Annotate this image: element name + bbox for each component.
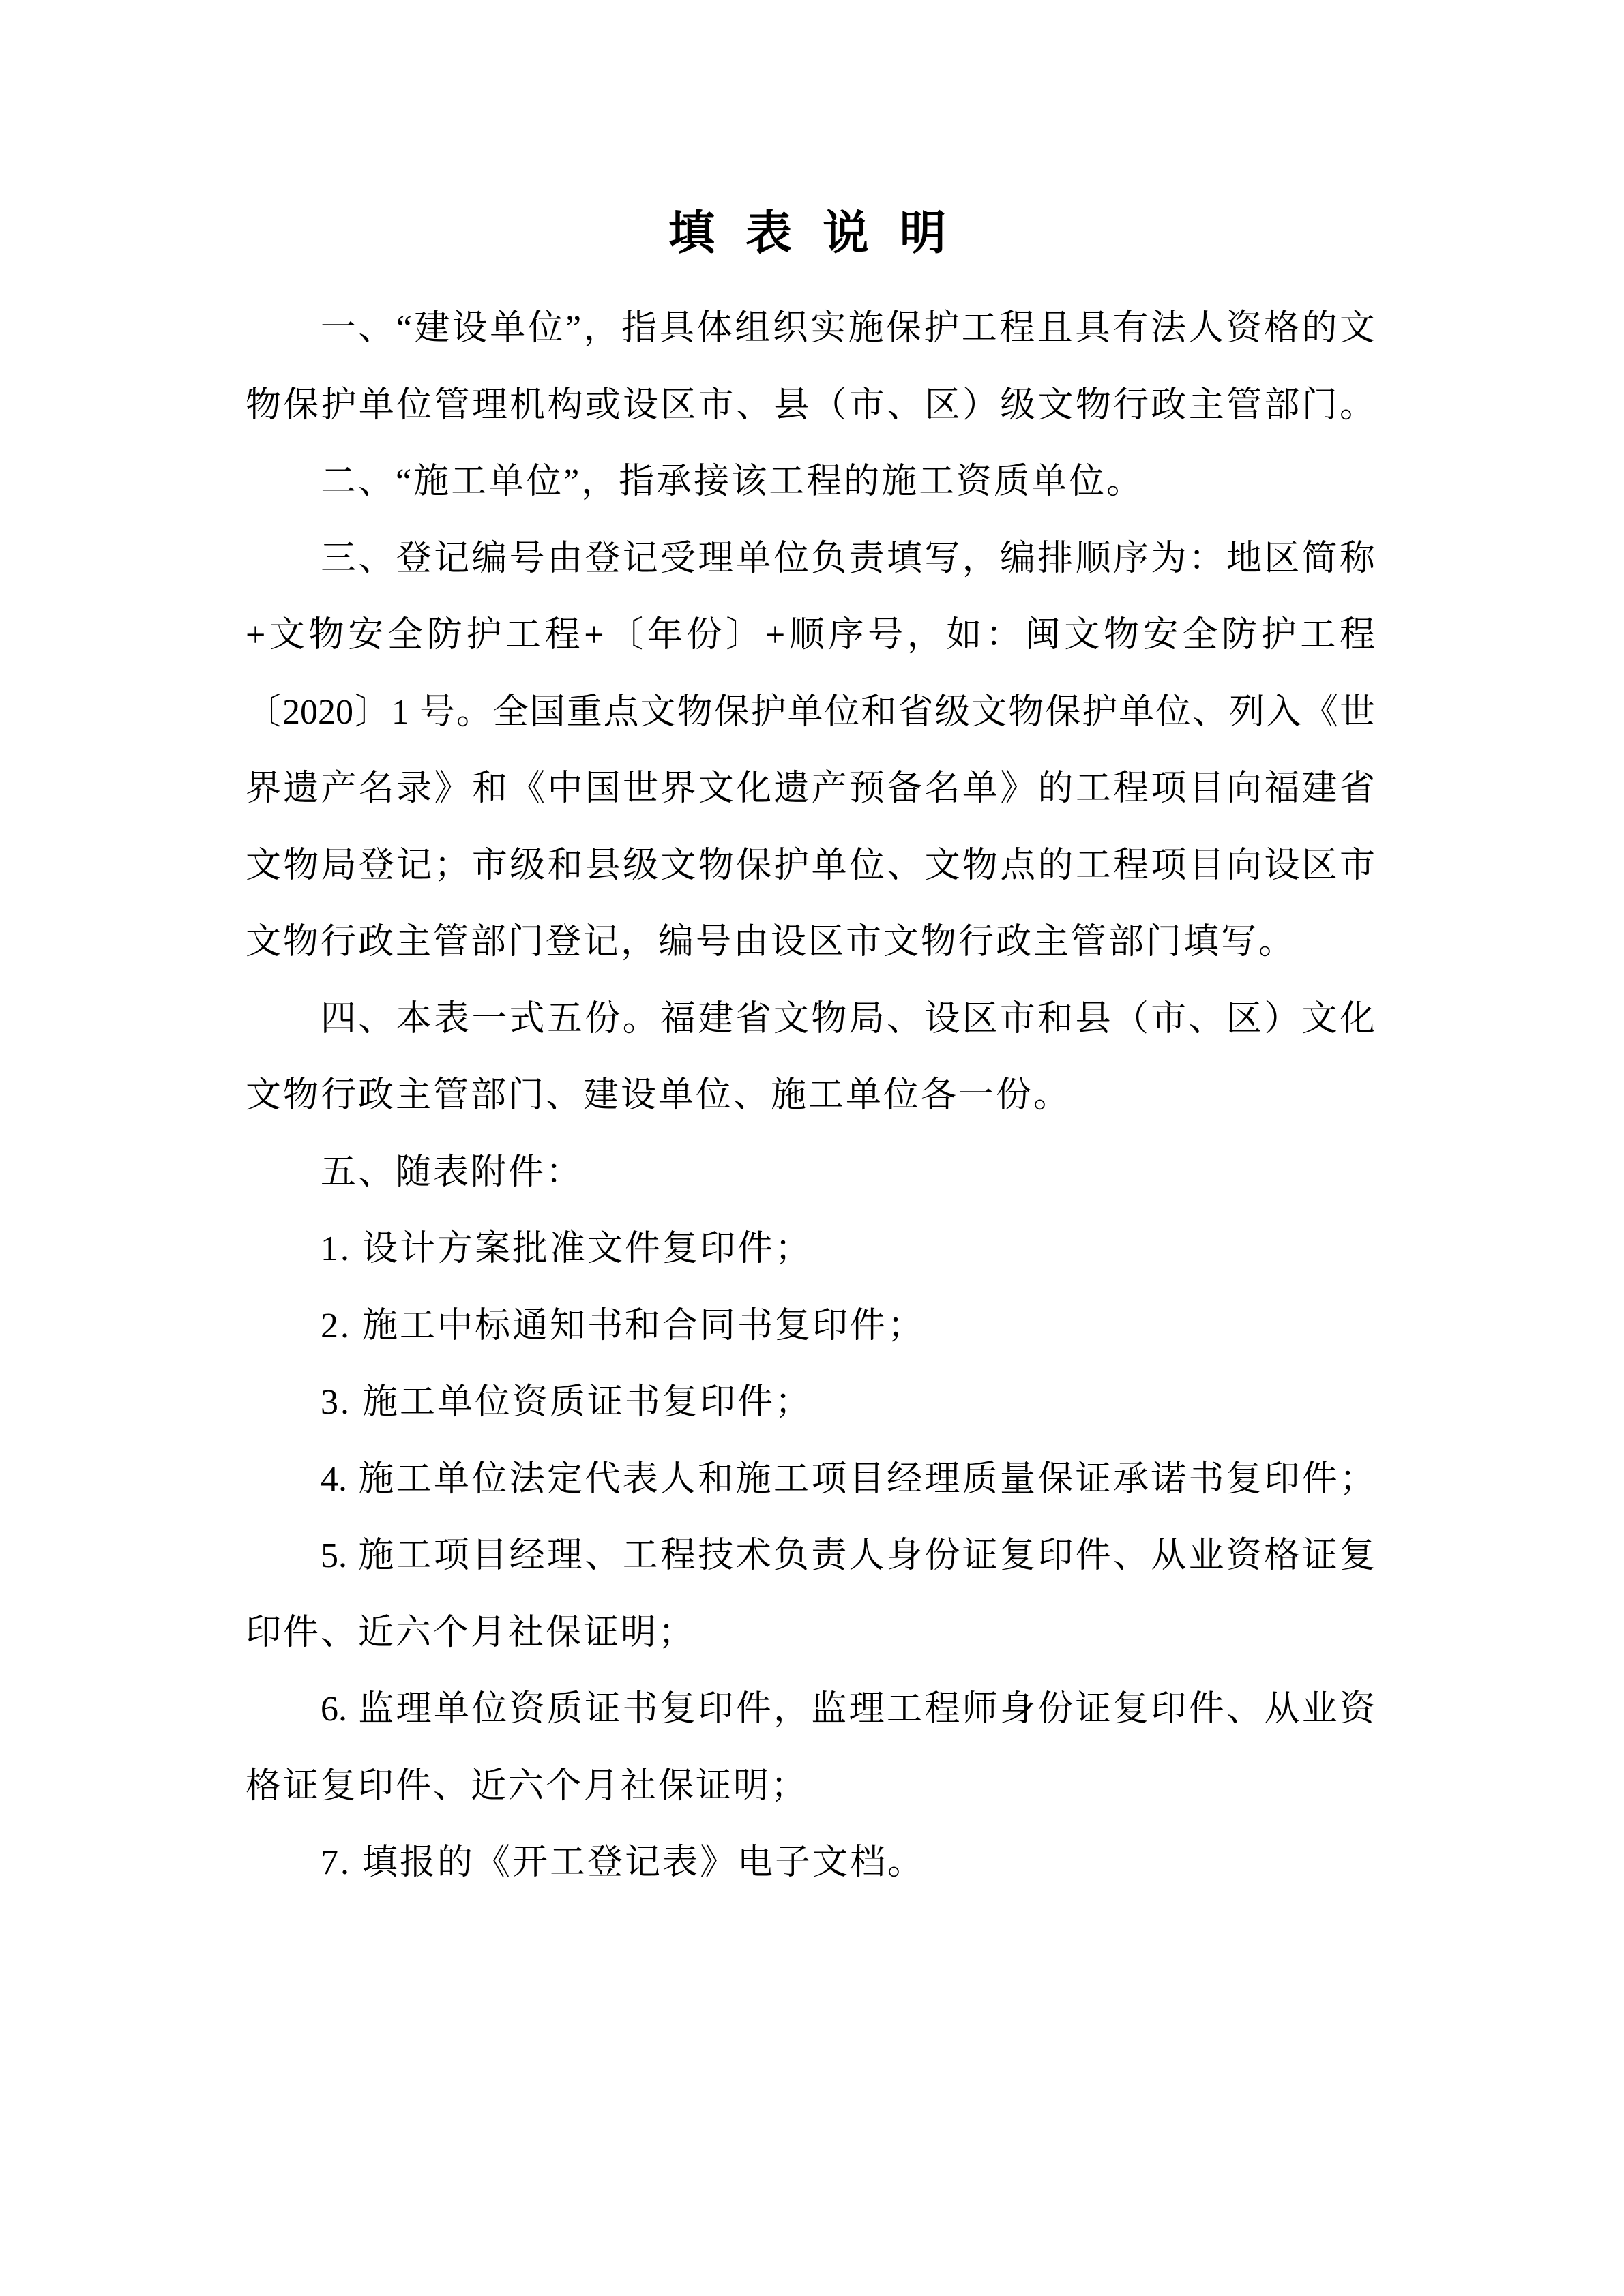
body-line-18: 印件、近六个月社保证明； bbox=[246, 1595, 1375, 1672]
body-line-9: 文物行政主管部门登记，编号由设区市文物行政主管部门填写。 bbox=[246, 904, 1375, 981]
body-line-11: 文物行政主管部门、建设单位、施工单位各一份。 bbox=[246, 1058, 1375, 1135]
body-line-3: 二、“施工单位”，指承接该工程的施工资质单位。 bbox=[246, 444, 1375, 521]
document-title: 填 表 说 明 bbox=[0, 199, 1624, 267]
body-line-2: 物保护单位管理机构或设区市、县（市、区）级文物行政主管部门。 bbox=[246, 368, 1375, 445]
body-line-13: 1. 设计方案批准文件复印件； bbox=[246, 1211, 1375, 1288]
body-line-10: 四、本表一式五份。福建省文物局、设区市和县（市、区）文化 bbox=[246, 981, 1375, 1058]
body-line-12: 五、随表附件： bbox=[246, 1135, 1375, 1212]
body-line-5: +文物安全防护工程+〔年份〕+顺序号，如：闽文物安全防护工程 bbox=[246, 597, 1375, 674]
body-line-7: 界遗产名录》和《中国世界文化遗产预备名单》的工程项目向福建省 bbox=[246, 751, 1375, 828]
body-line-15: 3. 施工单位资质证书复印件； bbox=[246, 1365, 1375, 1442]
body-line-19: 6. 监理单位资质证书复印件，监理工程师身份证复印件、从业资 bbox=[246, 1671, 1375, 1748]
body-line-8: 文物局登记；市级和县级文物保护单位、文物点的工程项目向设区市 bbox=[246, 828, 1375, 905]
body-line-4: 三、登记编号由登记受理单位负责填写，编排顺序为：地区简称 bbox=[246, 521, 1375, 598]
body-line-21: 7. 填报的《开工登记表》电子文档。 bbox=[246, 1825, 1375, 1902]
body-line-16: 4. 施工单位法定代表人和施工项目经理质量保证承诺书复印件； bbox=[246, 1442, 1375, 1519]
body-line-1: 一、“建设单位”，指具体组织实施保护工程且具有法人资格的文 bbox=[246, 290, 1375, 368]
body-line-6: 〔2020〕1 号。全国重点文物保护单位和省级文物保护单位、列入《世 bbox=[246, 674, 1375, 751]
page: 填 表 说 明 一、“建设单位”，指具体组织实施保护工程且具有法人资格的文 物保… bbox=[0, 0, 1624, 2296]
body-line-17: 5. 施工项目经理、工程技术负责人身份证复印件、从业资格证复 bbox=[246, 1518, 1375, 1595]
body-line-14: 2. 施工中标通知书和合同书复印件； bbox=[246, 1288, 1375, 1365]
body-text: 一、“建设单位”，指具体组织实施保护工程且具有法人资格的文 物保护单位管理机构或… bbox=[246, 290, 1375, 1902]
body-line-20: 格证复印件、近六个月社保证明； bbox=[246, 1748, 1375, 1825]
